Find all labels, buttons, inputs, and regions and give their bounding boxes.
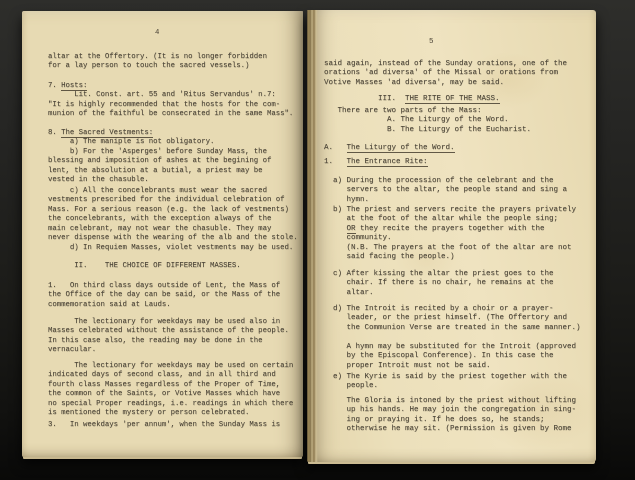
text-line: no special Proper readings, i.e. reading… bbox=[48, 400, 293, 409]
paragraph-block: III. THE RITE OF THE MASS. bbox=[324, 95, 500, 104]
text-line: A hymn may be substituted for the Introi… bbox=[324, 343, 576, 352]
text-line: blessing and imposition of ashes at the … bbox=[48, 157, 271, 166]
paragraph-block: A. The Liturgy of the Word. bbox=[324, 144, 455, 153]
underlined-text: OR bbox=[347, 225, 356, 234]
text-line: II. THE CHOICE OF DIFFERENT MASSES. bbox=[48, 262, 241, 271]
paragraph-block: II. THE CHOICE OF DIFFERENT MASSES. bbox=[48, 262, 241, 271]
text-line: Mass. For a serious reason (e.g. the lac… bbox=[48, 206, 298, 215]
paragraph-block: There are two parts of the Mass: A. The … bbox=[324, 107, 531, 135]
text-line: a) During the procession of the celebran… bbox=[324, 177, 567, 186]
text-line: chair. If there is no chair, he remains … bbox=[324, 279, 554, 288]
text-line: fourth class Masses regardless of the Pr… bbox=[48, 381, 293, 390]
text-line: b) For the 'Asperges' before Sunday Mass… bbox=[48, 148, 271, 157]
text-line: commemoration said at Lauds. bbox=[48, 301, 280, 310]
text-line: vernacular. bbox=[48, 346, 289, 355]
paragraph-block: The lectionary for weekdays may be used … bbox=[48, 362, 293, 418]
text-line: never dispense with the wearing of the a… bbox=[48, 234, 298, 243]
text-line: said again, instead of the Sunday oratio… bbox=[324, 60, 567, 69]
text-line: is mentioned the mystery or person celeb… bbox=[48, 409, 293, 418]
text-line: altar at the Offertory. (It is no longer… bbox=[48, 53, 267, 62]
text-line: The lectionary for weekdays may be used … bbox=[48, 318, 289, 327]
text-line: B. The Liturgy of the Eucharist. bbox=[324, 126, 531, 135]
text-line: 1. On third class days outside of Lent, … bbox=[48, 282, 280, 291]
paragraph-block: d) In Requiem Masses, violet vestments m… bbox=[48, 244, 293, 253]
paragraph-block: d) The Introit is recited by a choir or … bbox=[324, 305, 581, 333]
underlined-text: Hosts: bbox=[61, 82, 87, 91]
text-line: orations 'ad diversa' of the Missal or o… bbox=[324, 69, 567, 78]
text-line: 7. Hosts: bbox=[48, 82, 293, 91]
text-line: A. The Liturgy of the Word. bbox=[324, 116, 531, 125]
paragraph-block: c) After kissing the altar the priest go… bbox=[324, 270, 554, 298]
text-line: 1. The Entrance Rite: bbox=[324, 158, 428, 167]
paragraph-block: altar at the Offertory. (It is no longer… bbox=[48, 53, 267, 72]
paragraph-block: 8. The Sacred Vestments: a) The maniple … bbox=[48, 129, 271, 185]
text-line: 3. In weekdays 'per annum', when the Sun… bbox=[48, 421, 280, 430]
text-line: Votive Masses 'ad diversa', may be said. bbox=[324, 79, 567, 88]
right-page-body: said again, instead of the Sunday oratio… bbox=[307, 10, 596, 462]
text-line: A. The Liturgy of the Word. bbox=[324, 144, 455, 153]
text-line: altar. bbox=[324, 289, 554, 298]
text-line: Masses celebrated without the assistance… bbox=[48, 327, 289, 336]
underlined-text: THE RITE OF THE MASS. bbox=[405, 95, 500, 104]
paragraph-block: 1. On third class days outside of Lent, … bbox=[48, 282, 280, 310]
paragraph-block: 3. In weekdays 'per annum', when the Sun… bbox=[48, 421, 280, 430]
paragraph-block: c) All the concelebrants must wear the s… bbox=[48, 187, 298, 243]
text-line: proper Introit must not be said. bbox=[324, 362, 576, 371]
text-line: The Gloria is intoned by the priest with… bbox=[324, 397, 576, 406]
text-line: c) All the concelebrants must wear the s… bbox=[48, 187, 298, 196]
text-line: Lit. Const. art. 55 and 'Ritus Servandus… bbox=[48, 91, 293, 100]
text-line: leader, or the priest himself. (The Offe… bbox=[324, 314, 581, 323]
paragraph-block: e) The Kyrie is said by the priest toget… bbox=[324, 373, 567, 392]
underlined-text: The Liturgy of the Word. bbox=[347, 144, 455, 153]
text-line: for a lay person to touch the sacred ves… bbox=[48, 62, 267, 71]
text-line: b) The priest and servers recite the pra… bbox=[324, 206, 576, 215]
page-left: 4 altar at the Offertory. (It is no long… bbox=[22, 11, 303, 457]
text-line: vested in the chasuble. bbox=[48, 176, 271, 185]
text-line: ing or praying it. If he does so, he sta… bbox=[324, 416, 576, 425]
text-line: people. bbox=[324, 382, 567, 391]
text-line: main celebrant, may not wear the chasubl… bbox=[48, 225, 298, 234]
text-line: "It is highly recommended that the hosts… bbox=[48, 101, 293, 110]
text-line: The lectionary for weekdays may be used … bbox=[48, 362, 293, 371]
paragraph-block: b) The priest and servers recite the pra… bbox=[324, 206, 576, 262]
paragraph-block: The Gloria is intoned by the priest with… bbox=[324, 397, 576, 435]
underlined-text: The Sacred Vestments: bbox=[61, 129, 153, 138]
paragraph-block: 1. The Entrance Rite: bbox=[324, 158, 428, 167]
text-line: d) In Requiem Masses, violet vestments m… bbox=[48, 244, 293, 253]
paragraph-block: The lectionary for weekdays may be used … bbox=[48, 318, 289, 356]
text-line: d) The Introit is recited by a choir or … bbox=[324, 305, 581, 314]
text-line: 8. The Sacred Vestments: bbox=[48, 129, 271, 138]
text-line: e) The Kyrie is said by the priest toget… bbox=[324, 373, 567, 382]
text-line: In this case also, the reading may be do… bbox=[48, 337, 289, 346]
text-line: the Office of the day can be said, or th… bbox=[48, 291, 280, 300]
text-line: the common of the Saints, or Votive Mass… bbox=[48, 390, 293, 399]
text-line: c) After kissing the altar the priest go… bbox=[324, 270, 554, 279]
text-line: the concelebrants, with the exception al… bbox=[48, 215, 298, 224]
page-right: 5 said again, instead of the Sunday orat… bbox=[307, 10, 596, 462]
text-line: servers to the altar, the people stand a… bbox=[324, 186, 567, 195]
text-line: up his hands. He may join the congregati… bbox=[324, 406, 576, 415]
text-line: munion of the faithful be consecrated in… bbox=[48, 110, 293, 119]
paragraph-block: A hymn may be substituted for the Introi… bbox=[324, 343, 576, 371]
text-line: indicated days of second class, and in a… bbox=[48, 371, 293, 380]
text-line: said facing the people.) bbox=[324, 253, 576, 262]
paragraph-block: a) During the procession of the celebran… bbox=[324, 177, 567, 205]
left-page-body: altar at the Offertory. (It is no longer… bbox=[22, 11, 303, 457]
paragraph-block: 7. Hosts: Lit. Const. art. 55 and 'Ritus… bbox=[48, 82, 293, 120]
text-line: community. bbox=[324, 234, 576, 243]
text-line: hymn. bbox=[324, 196, 567, 205]
text-line: (N.B. The prayers at the foot of the alt… bbox=[324, 244, 576, 253]
text-line: otherwise he may sit. (Permission is giv… bbox=[324, 425, 576, 434]
text-line: the Communion Verse are treated in the s… bbox=[324, 324, 581, 333]
text-line: There are two parts of the Mass: bbox=[324, 107, 531, 116]
paragraph-block: said again, instead of the Sunday oratio… bbox=[324, 60, 567, 88]
text-line: vestments prescribed for the individual … bbox=[48, 196, 298, 205]
text-line: by the Episcopal Conference). In this ca… bbox=[324, 352, 576, 361]
text-line: at the foot of the altar while the peopl… bbox=[324, 215, 576, 224]
scanned-book-photo: 4 altar at the Offertory. (It is no long… bbox=[0, 0, 635, 480]
text-line: OR they recite the prayers together with… bbox=[324, 225, 576, 234]
text-line: lent, the absolution at a butial, a prie… bbox=[48, 167, 271, 176]
text-line: III. THE RITE OF THE MASS. bbox=[324, 95, 500, 104]
underlined-text: The Entrance Rite: bbox=[347, 158, 428, 167]
text-line: a) The maniple is not obligatory. bbox=[48, 138, 271, 147]
